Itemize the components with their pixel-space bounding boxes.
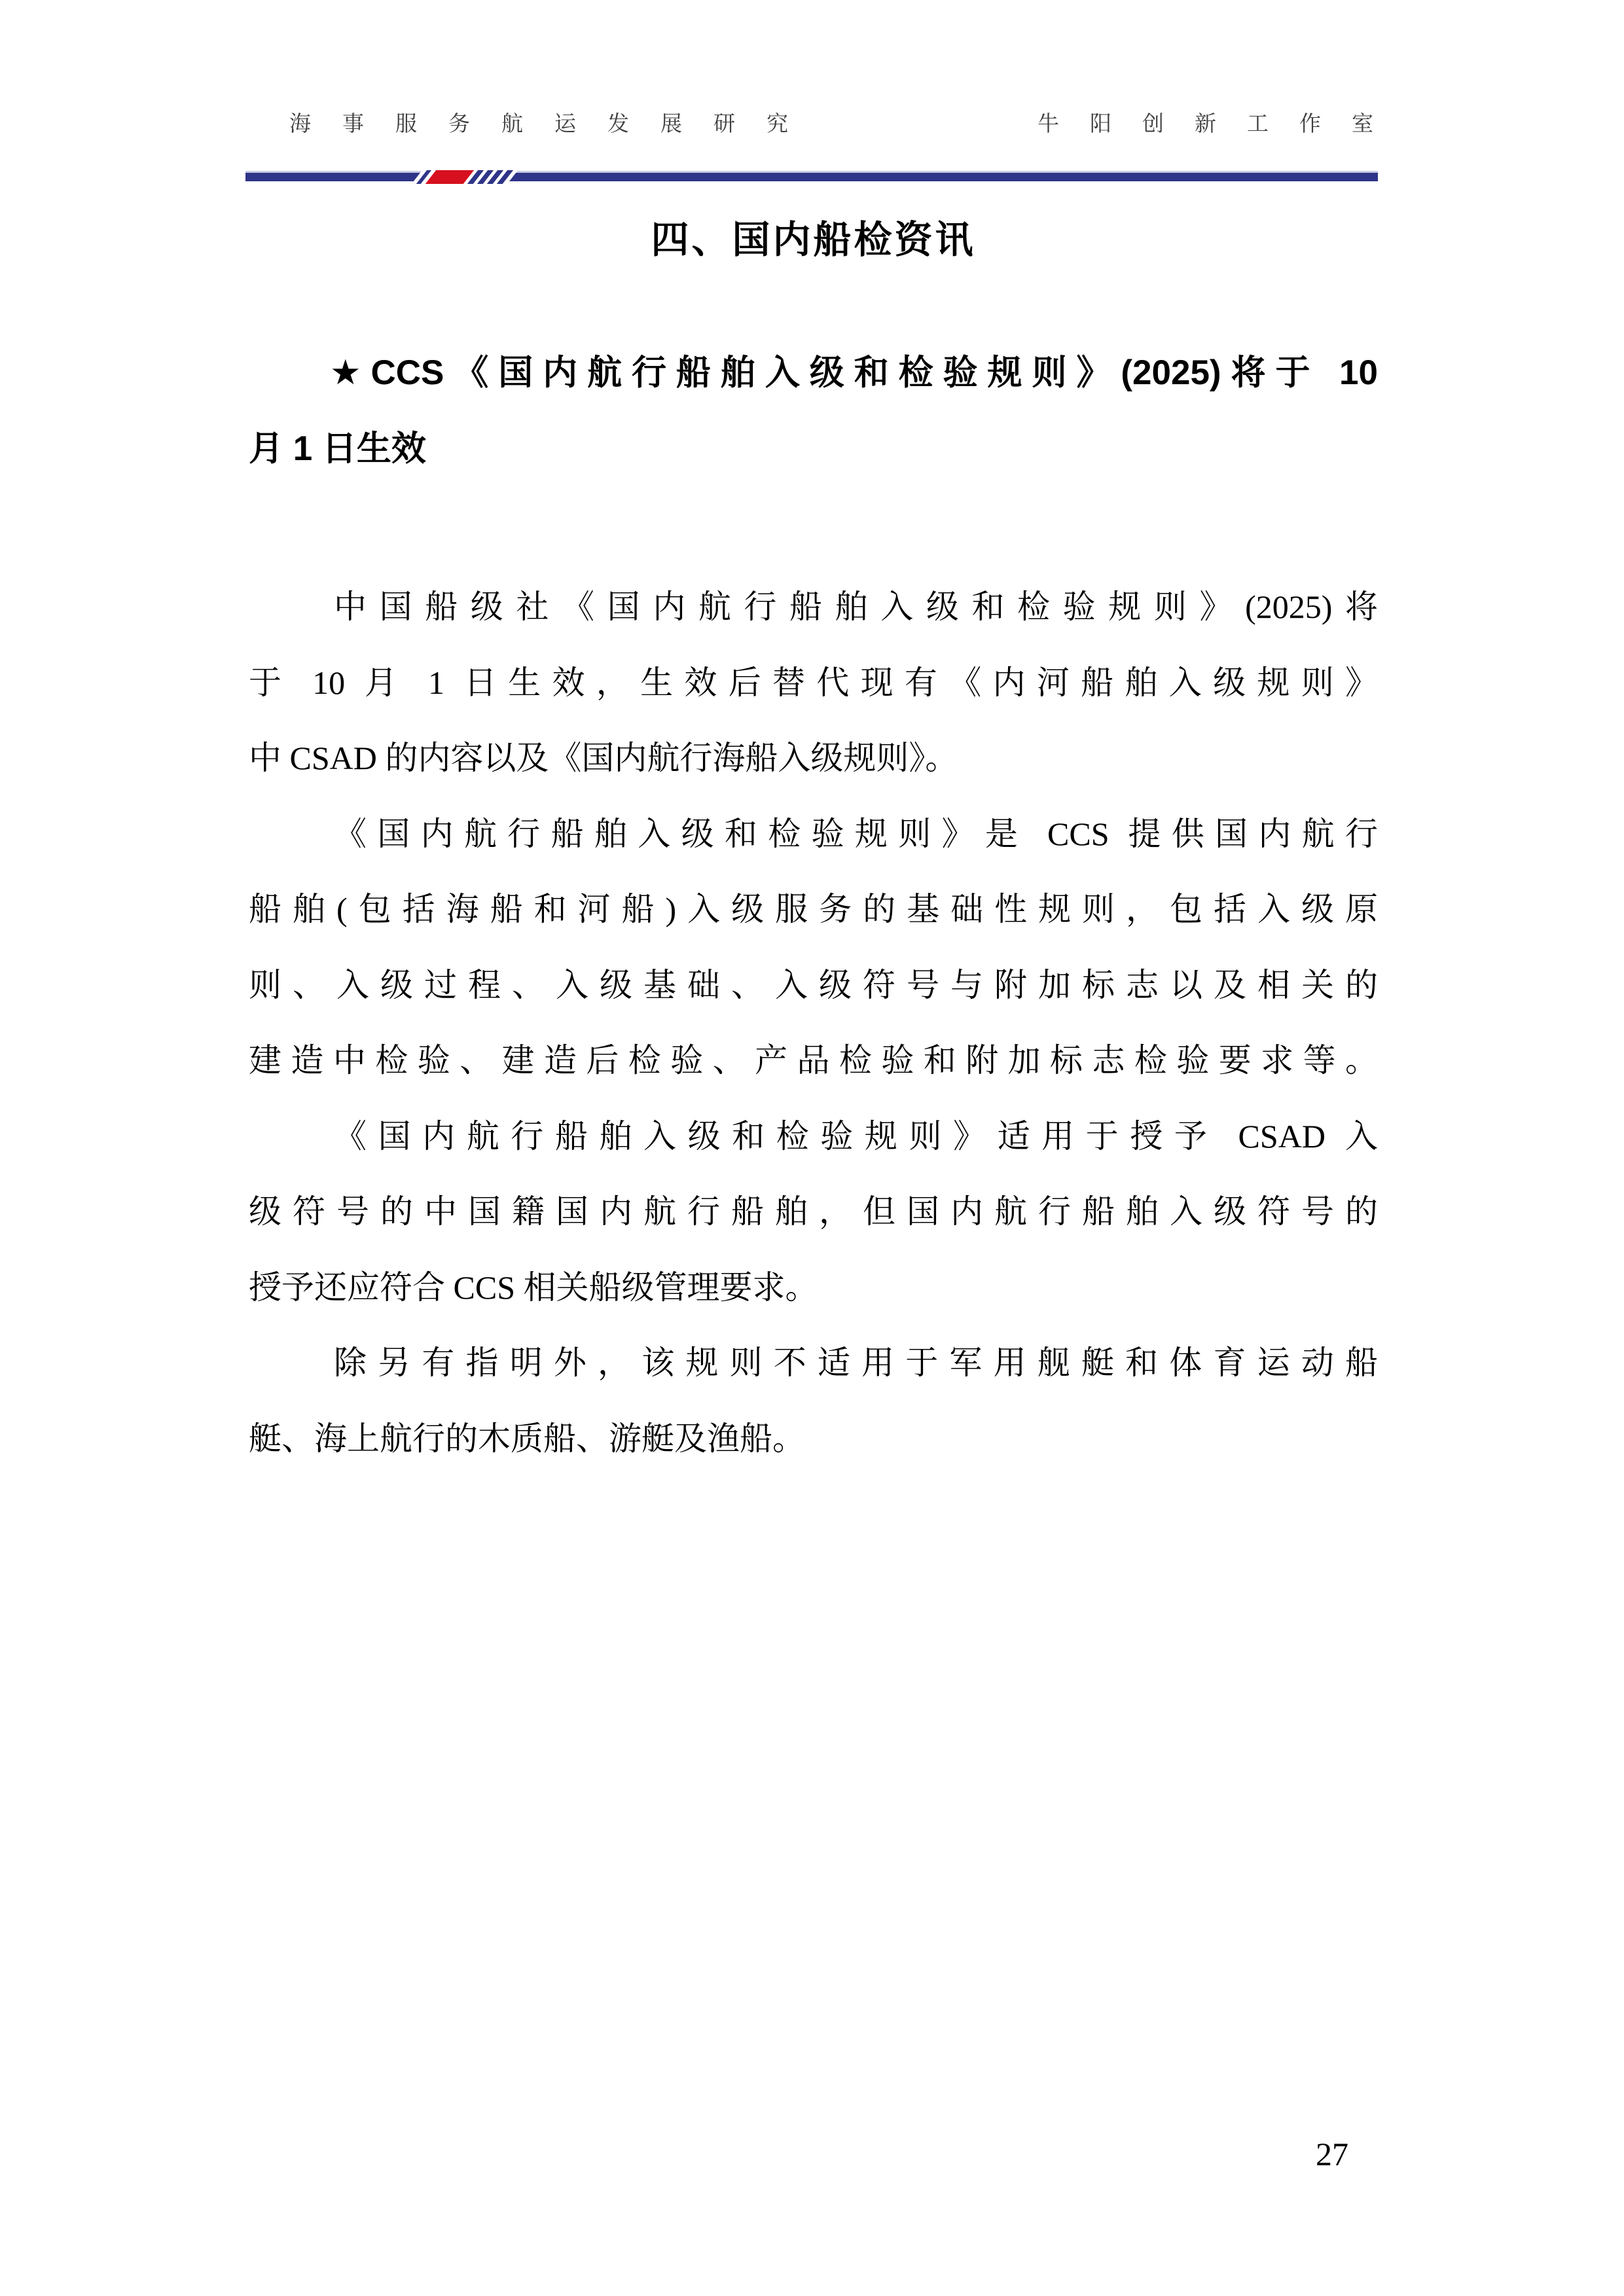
page-header: 海事服务航运发展研究 牛阳创新工作室 — [249, 110, 1378, 139]
article-heading-line: 月 1 日生效 — [249, 411, 1378, 487]
body-line: 除另有指明外，该规则不适用于军用舰艇和体育运动船 — [249, 1325, 1378, 1401]
body-line: 中国船级社《国内航行船舶入级和检验规则》(2025)将 — [249, 569, 1378, 645]
body-line: 《国内航行船舶入级和检验规则》适用于授予 CSAD 入 — [249, 1099, 1378, 1175]
header-right-title: 牛阳创新工作室 — [1038, 110, 1404, 139]
body-line: 建造中检验、建造后检验、产品检验和附加标志检验要求等。 — [249, 1023, 1378, 1099]
body-line: 授予还应符合 CCS 相关船级管理要求。 — [249, 1250, 1378, 1326]
body-line: 《国内航行船舶入级和检验规则》是 CCS 提供国内航行 — [249, 797, 1378, 872]
page-number: 27 — [1316, 2135, 1348, 2173]
body-line: 艇、海上航行的木质船、游艇及渔船。 — [249, 1401, 1378, 1477]
article-heading-line: ★CCS《国内航行船舶入级和检验规则》(2025)将于 10 — [249, 335, 1378, 411]
header-left-title: 海事服务航运发展研究 — [249, 110, 820, 139]
section-title: 四、国内船检资讯 — [249, 215, 1378, 266]
body-line: 中 CSAD 的内容以及《国内航行海船入级规则》。 — [249, 721, 1378, 797]
body-line: 于 10 月 1 日生效，生效后替代现有《内河船舶入级规则》 — [249, 645, 1378, 721]
body-line: 船舶(包括海船和河船)入级服务的基础性规则，包括入级原 — [249, 872, 1378, 948]
rule-ribbon-decoration — [412, 170, 518, 184]
body-line: 则、入级过程、入级基础、入级符号与附加标志以及相关的 — [249, 948, 1378, 1024]
header-rule — [245, 171, 1378, 181]
article-heading: ★CCS《国内航行船舶入级和检验规则》(2025)将于 10 月 1 日生效 — [249, 335, 1378, 487]
article-body: 中国船级社《国内航行船舶入级和检验规则》(2025)将 于 10 月 1 日生效… — [249, 569, 1378, 1477]
body-line: 级符号的中国籍国内航行船舶，但国内航行船舶入级符号的 — [249, 1174, 1378, 1250]
document-page: 海事服务航运发展研究 牛阳创新工作室 四、国内船检资讯 ★CCS《国内航行船舶入… — [0, 0, 1624, 2296]
